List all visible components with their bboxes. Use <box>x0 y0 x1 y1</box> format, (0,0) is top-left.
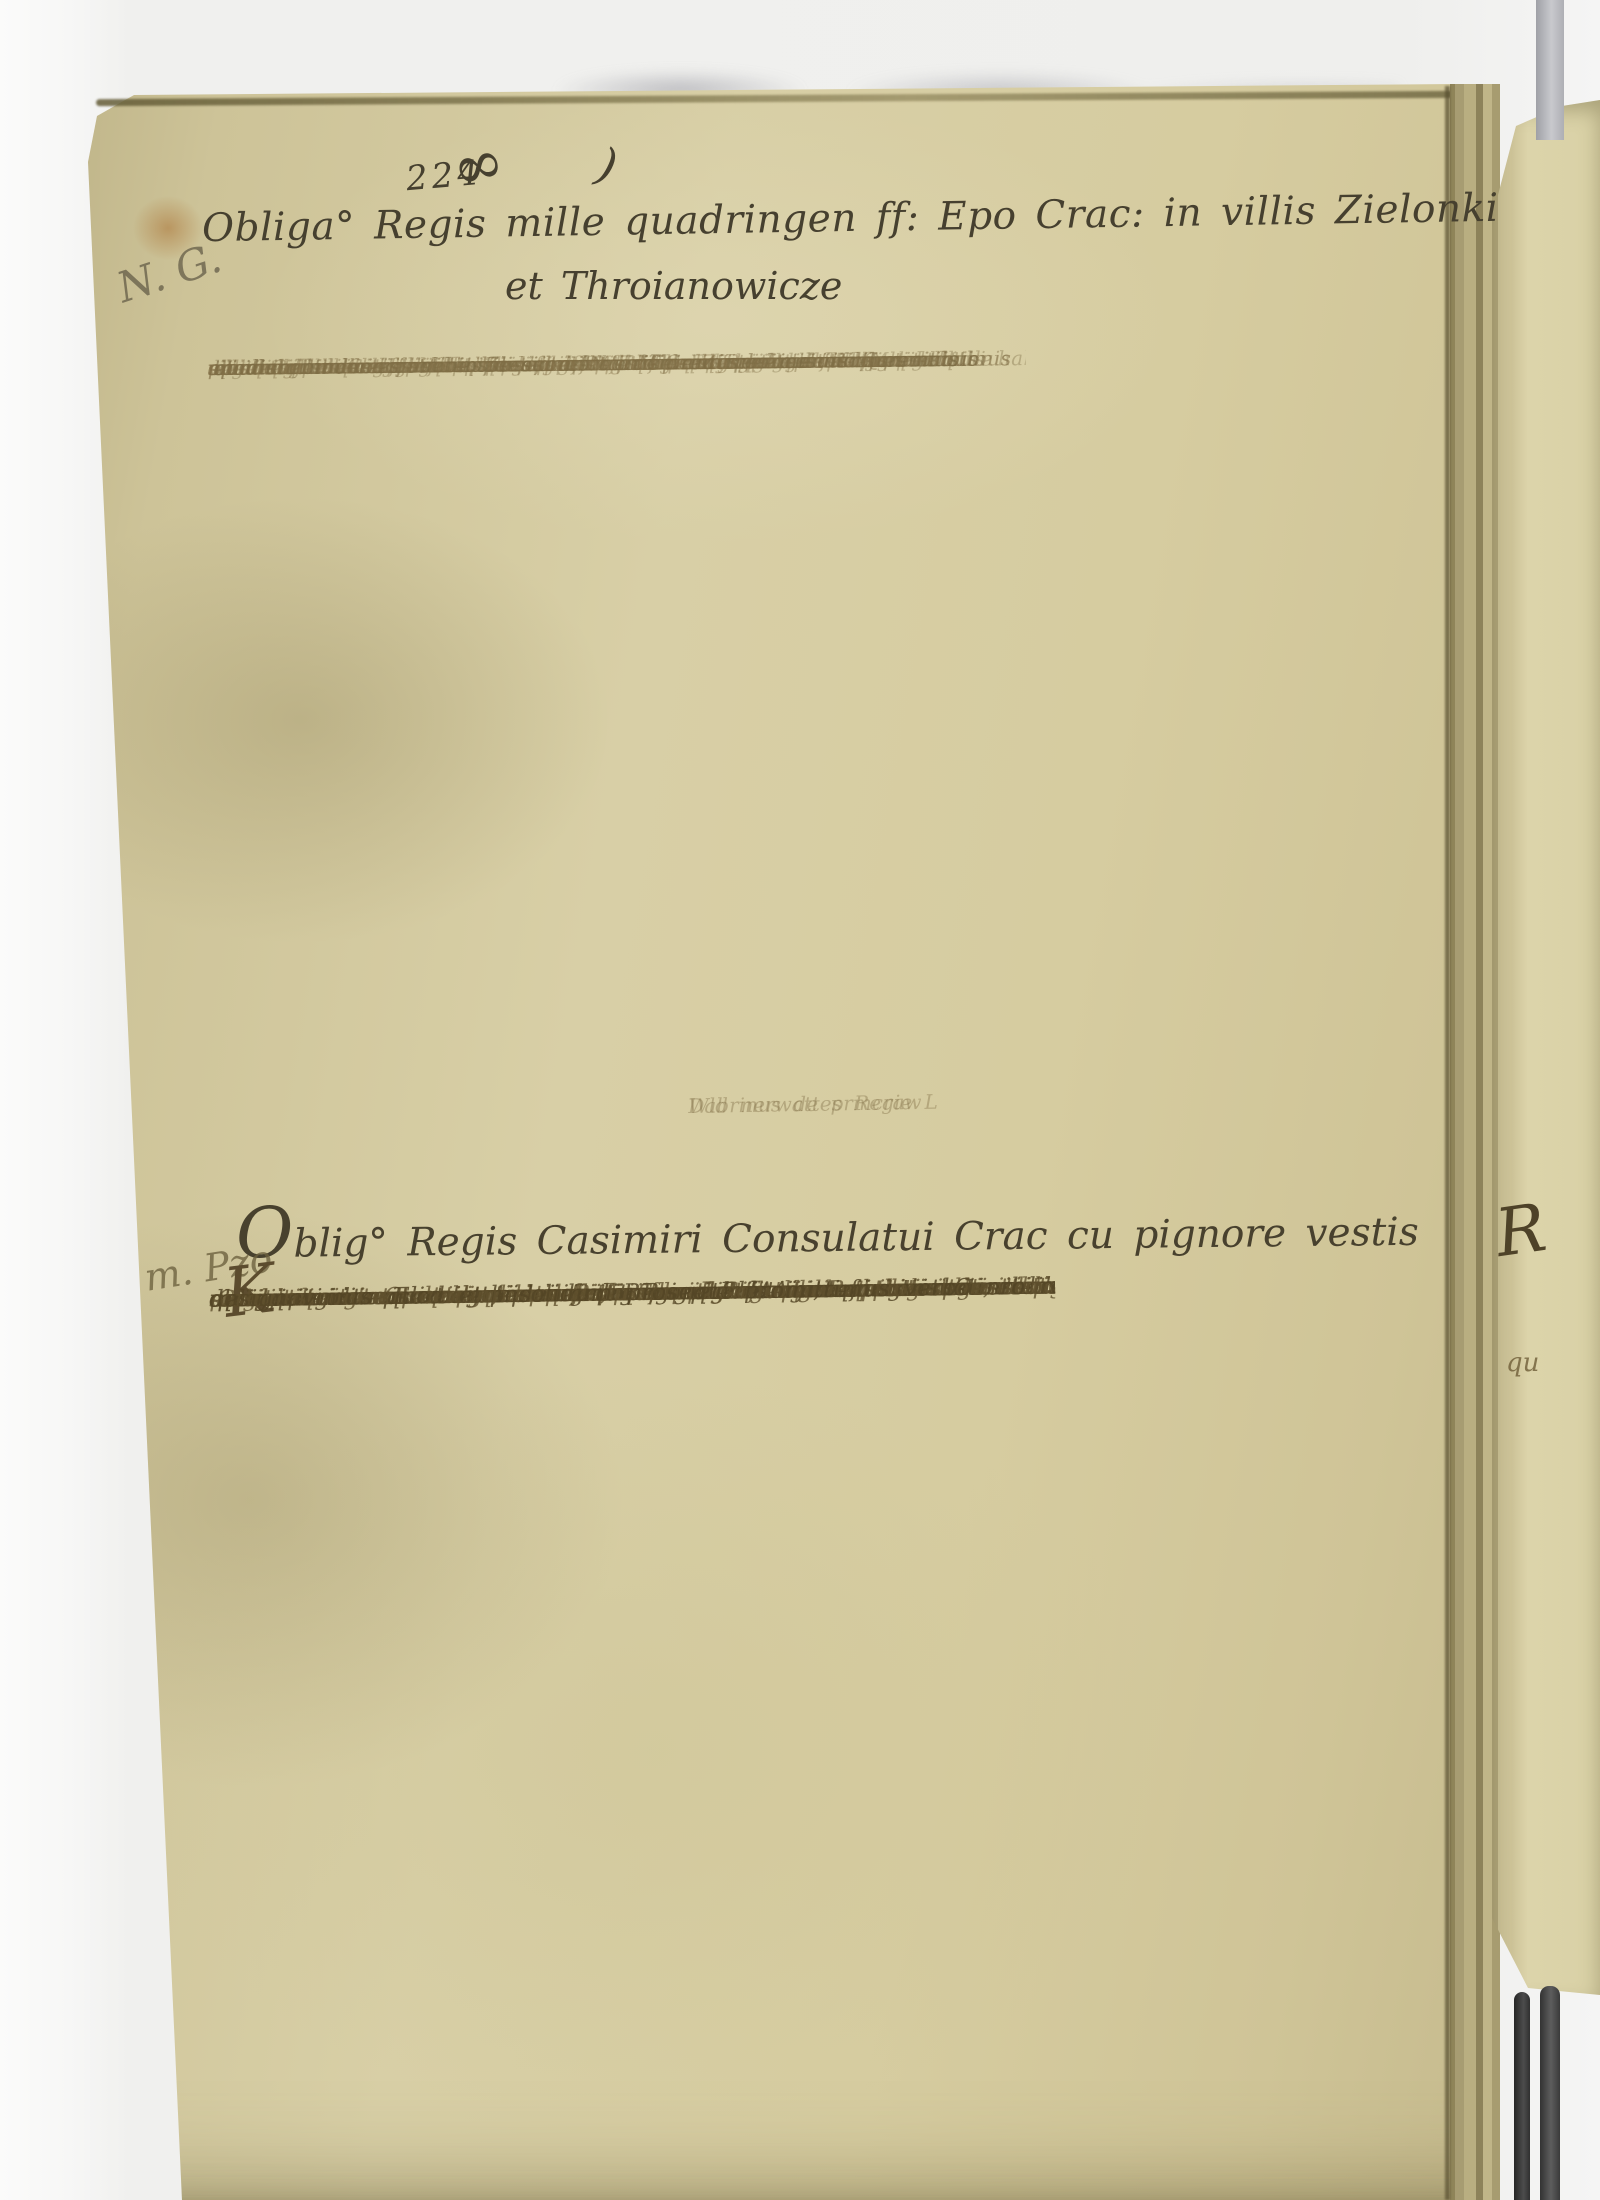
facing-page-fragment: qu <box>1506 1348 1539 1378</box>
book-clamp-rod <box>1540 1986 1560 2200</box>
book-clamp-rod <box>1514 1992 1530 2200</box>
entry2-body-text: azimirus dei gra rex Polonie magnificatu… <box>209 1265 1065 1950</box>
entry1-heading-line2: et Throianowicze <box>505 264 842 308</box>
facing-page-large-initial: R <box>1491 1189 1551 1272</box>
entry2-heading: Oblig° Regis Casimiri Consulatui Crac cu… <box>236 1180 1419 1274</box>
book-cradle-edge <box>1536 0 1564 140</box>
manuscript-line: Dabrinus de prmcraw <box>688 1084 922 1125</box>
manuscript-line: anno dni millesimo quadringentesimo quin… <box>207 343 886 386</box>
manuscript-scan: 224 ∞ ) Obliga° Regis mille quadringen f… <box>0 0 1600 2200</box>
entry1-body-faded-text: quibusdam significamus ad nram notitiam … <box>207 341 1034 1093</box>
facing-page-sliver <box>1492 100 1600 1995</box>
page-right-edge <box>1445 86 1450 2200</box>
